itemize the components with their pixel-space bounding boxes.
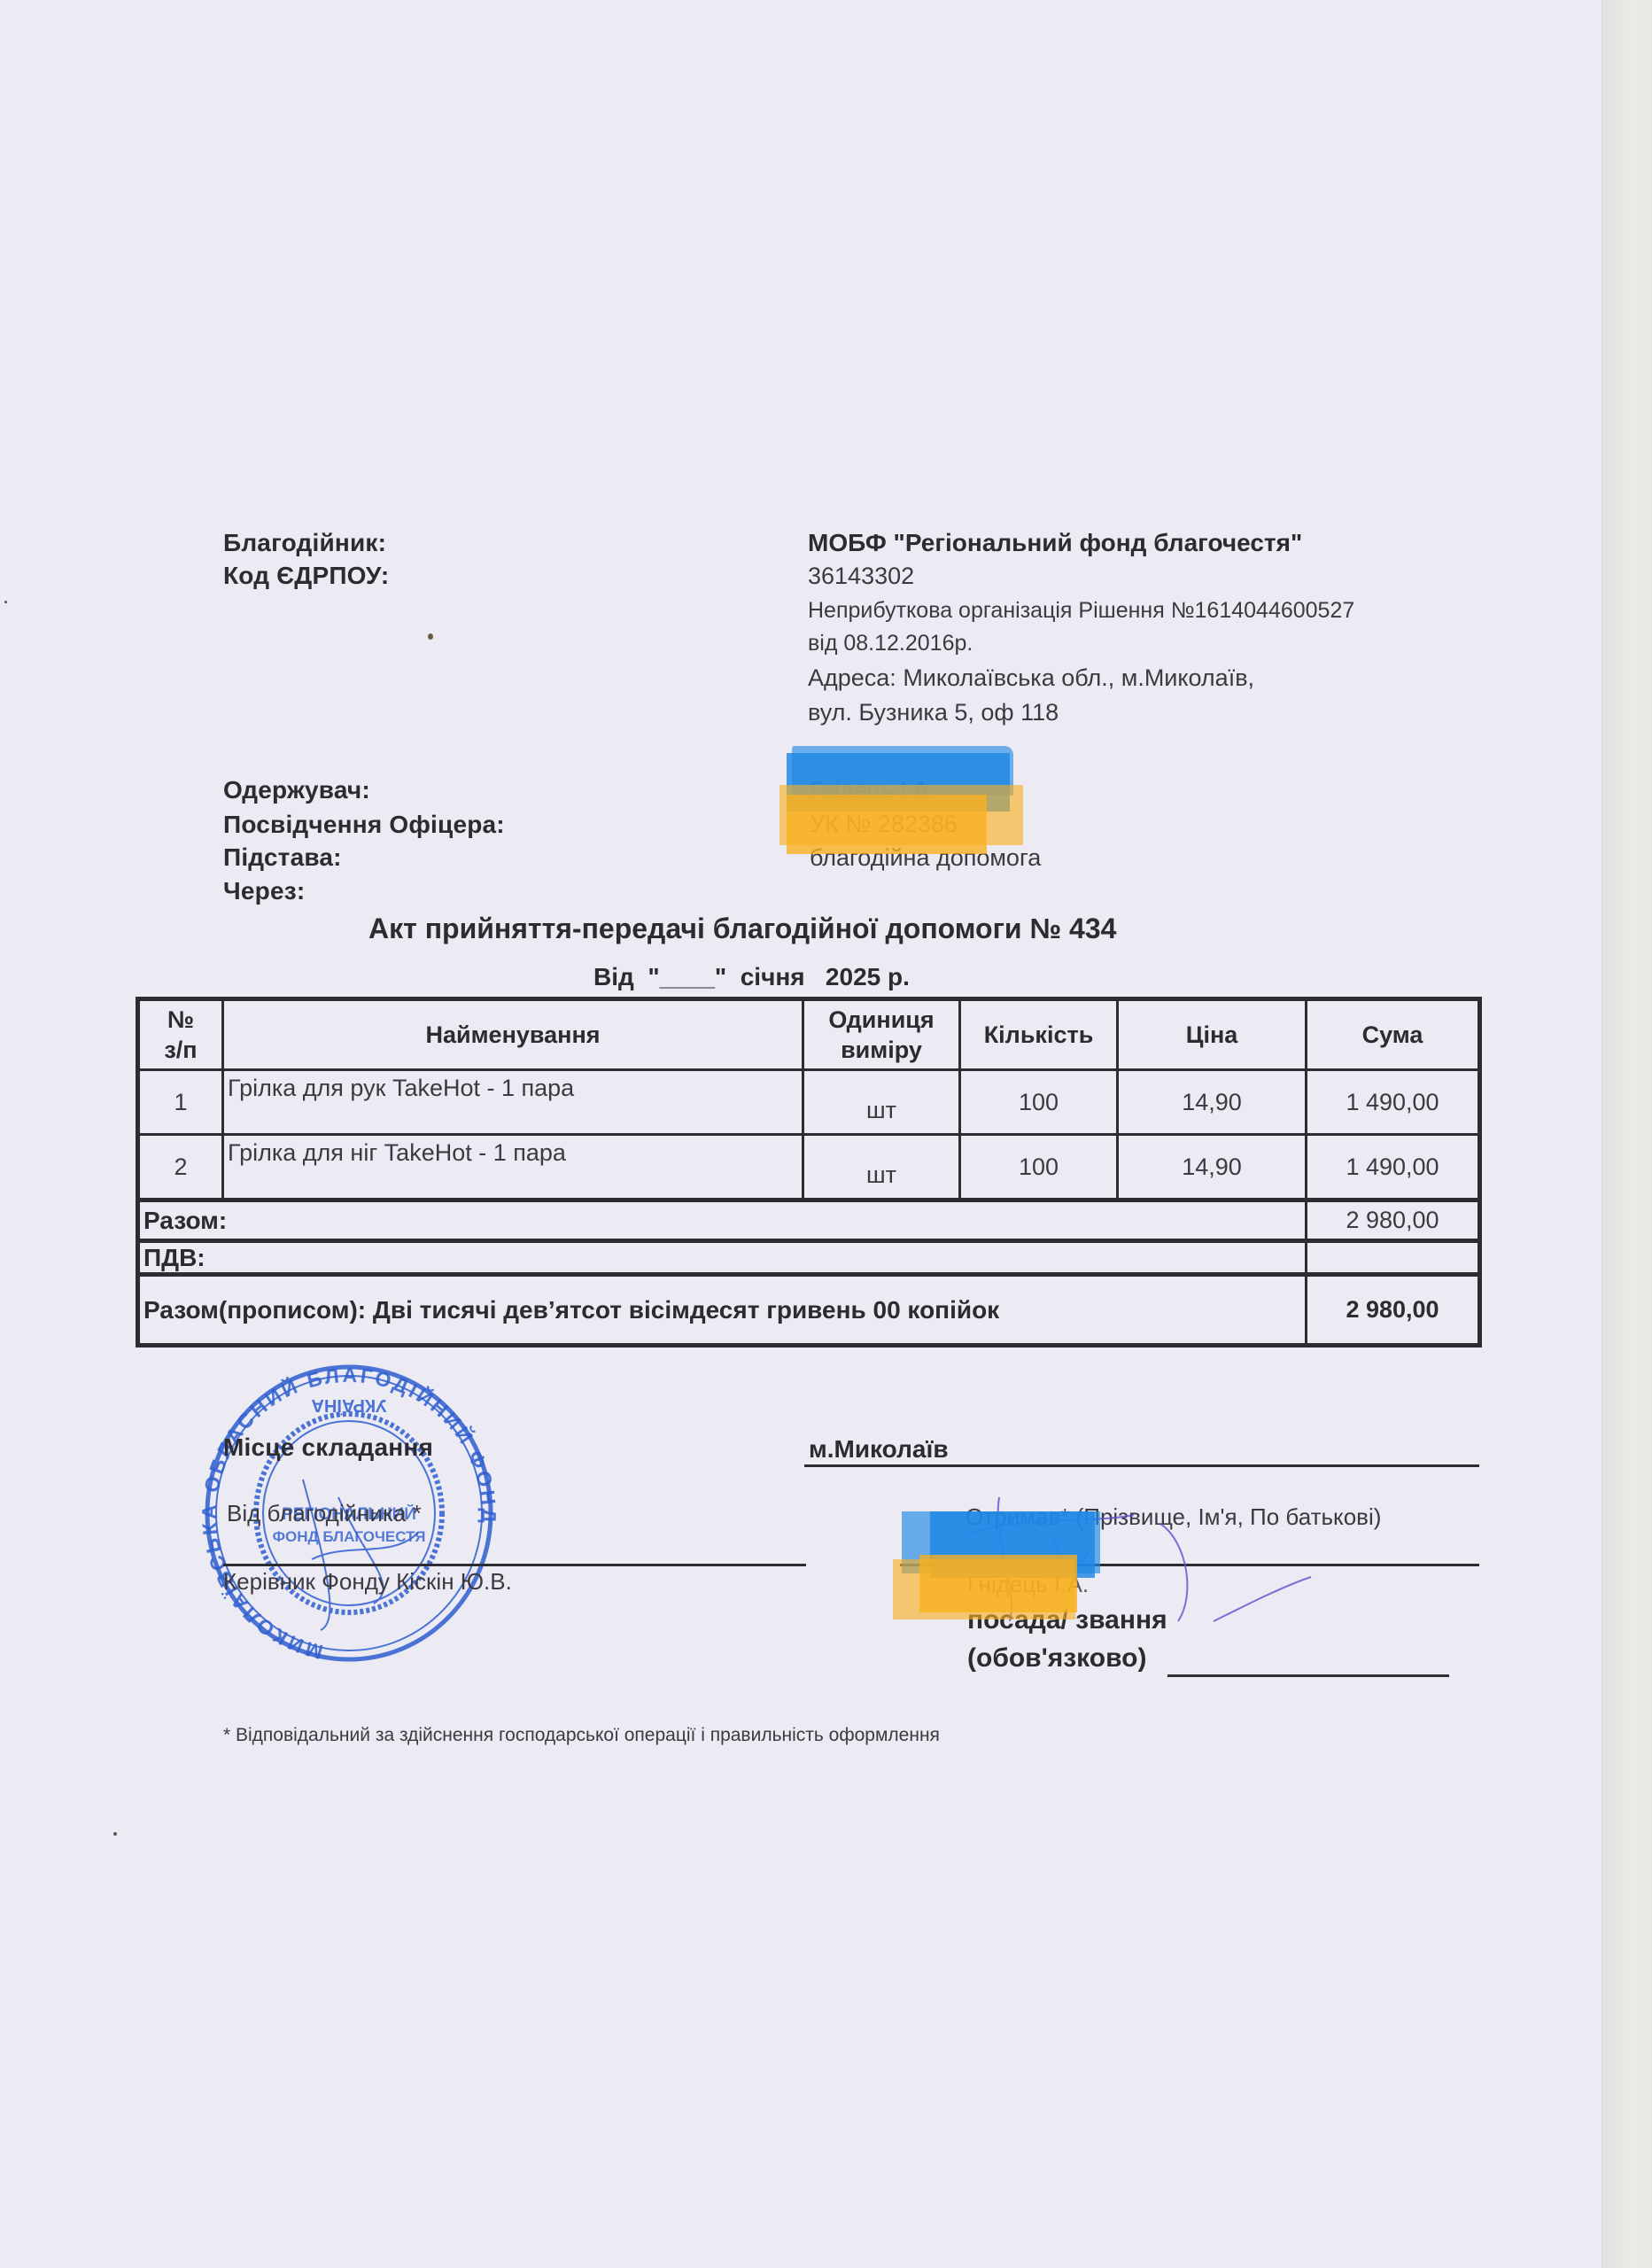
header-price: Ціна (1118, 999, 1307, 1070)
dust-speck (4, 601, 7, 603)
table-row: 2 Грілка для ніг TakeHot - 1 пара шт 100… (138, 1135, 1480, 1200)
redaction-yellow (787, 795, 987, 854)
total-value: 2 980,00 (1307, 1200, 1480, 1241)
scanner-edge (1602, 0, 1652, 2268)
row-name: Грілка для рук TakeHot - 1 пара (223, 1070, 803, 1135)
via-label: Через: (223, 877, 305, 905)
header-num: №з/п (138, 999, 223, 1070)
header-name: Найменування (223, 999, 803, 1070)
vat-label: ПДВ: (138, 1241, 1307, 1275)
footnote: * Відповідальний за здійснення господарс… (223, 1725, 940, 1746)
officer-id-label: Посвідчення Офіцера: (223, 811, 505, 839)
nonprofit-date: від 08.12.2016р. (808, 631, 973, 656)
position-underline (1167, 1674, 1449, 1677)
total-words-label: Разом(прописом): Дві тисячі дев’ятсот ві… (138, 1275, 1307, 1346)
donor-label: Благодійник: (223, 529, 386, 557)
total-words-value: 2 980,00 (1307, 1275, 1480, 1346)
nonprofit-decision: Неприбуткова організація Рішення №161404… (808, 598, 1354, 624)
address-line-2: вул. Бузника 5, оф 118 (808, 699, 1059, 726)
address-line-1: Адреса: Миколаївська обл., м.Миколаїв, (808, 664, 1254, 692)
edrpou-code: 36143302 (808, 563, 914, 590)
total-row: Разом: 2 980,00 (138, 1200, 1480, 1241)
from-donor-label: Від благодійника * (227, 1500, 422, 1527)
row-num: 2 (138, 1135, 223, 1200)
redaction-yellow (919, 1555, 1077, 1612)
row-name: Грілка для ніг TakeHot - 1 пара (223, 1135, 803, 1200)
svg-text:ФОНД БЛАГОЧЕСТЯ: ФОНД БЛАГОЧЕСТЯ (273, 1528, 426, 1545)
total-words-row: Разом(прописом): Дві тисячі дев’ятсот ві… (138, 1275, 1480, 1346)
header-sum: Сума (1307, 999, 1480, 1070)
mandatory-label: (обов'язково) (967, 1643, 1146, 1674)
document-date: Від "____" січня 2025 р. (593, 963, 910, 991)
items-table: №з/п Найменування Одиницявиміру Кількіст… (136, 997, 1482, 1348)
row-sum: 1 490,00 (1307, 1070, 1480, 1135)
donor-signer: Керівник Фонду Кіскін Ю.В. (223, 1568, 512, 1596)
table-header-row: №з/п Найменування Одиницявиміру Кількіст… (138, 999, 1480, 1070)
vat-row: ПДВ: (138, 1241, 1480, 1275)
svg-text:УКРАЇНА: УКРАЇНА (311, 1395, 386, 1416)
dust-speck (428, 633, 433, 640)
donor-name: МОБФ "Регіональний фонд благочестя" (808, 529, 1302, 557)
vat-value (1307, 1241, 1480, 1275)
recipient-label: Одержувач: (223, 776, 370, 804)
document-title: Акт прийняття-передачі благодійної допом… (368, 913, 1116, 945)
row-unit: шт (803, 1135, 960, 1200)
donor-signature-line (223, 1564, 806, 1566)
row-sum: 1 490,00 (1307, 1135, 1480, 1200)
row-price: 14,90 (1118, 1135, 1307, 1200)
place-underline (804, 1464, 1479, 1467)
total-label: Разом: (138, 1200, 1307, 1241)
header-qty: Кількість (960, 999, 1118, 1070)
row-num: 1 (138, 1070, 223, 1135)
dust-speck (113, 1832, 117, 1836)
header-unit: Одиницявиміру (803, 999, 960, 1070)
place-value: м.Миколаїв (809, 1435, 949, 1464)
basis-label: Підстава: (223, 843, 342, 872)
place-label: Місце складання (223, 1433, 433, 1462)
row-qty: 100 (960, 1070, 1118, 1135)
row-unit: шт (803, 1070, 960, 1135)
row-qty: 100 (960, 1135, 1118, 1200)
row-price: 14,90 (1118, 1070, 1307, 1135)
edrpou-label: Код ЄДРПОУ: (223, 562, 389, 590)
table-row: 1 Грілка для рук TakeHot - 1 пара шт 100… (138, 1070, 1480, 1135)
